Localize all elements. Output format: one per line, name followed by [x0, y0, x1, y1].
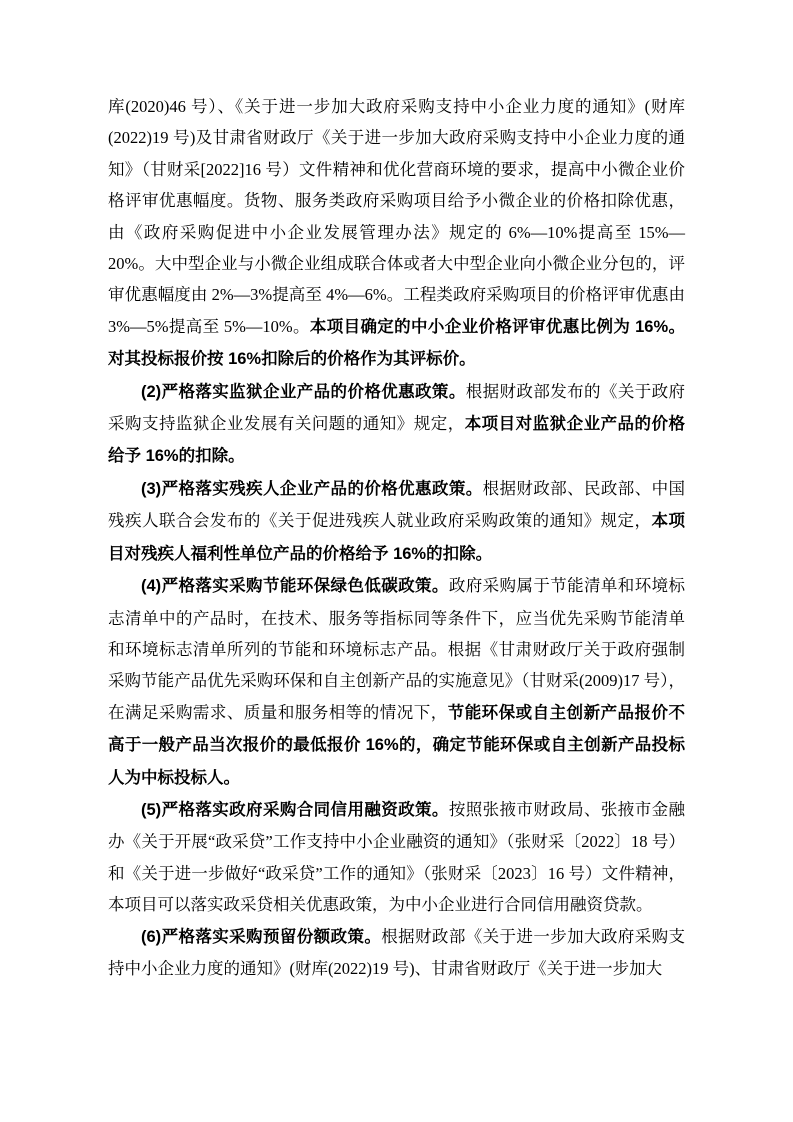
- text-run-bold: (3)严格落实残疾人企业产品的价格优惠政策。: [141, 480, 483, 498]
- text-run-bold: (5)严格落实政府采购合同信用融资政策。: [141, 801, 449, 819]
- para-5-contract-credit-financing-policy: (5)严格落实政府采购合同信用融资政策。按照张掖市财政局、张掖市金融办《关于开展…: [108, 794, 685, 921]
- para-3-disabled-enterprise-policy: (3)严格落实残疾人企业产品的价格优惠政策。根据财政部、民政部、中国残疾人联合会…: [108, 473, 685, 570]
- para-4-green-low-carbon-policy: (4)严格落实采购节能环保绿色低碳政策。政府采购属于节能清单和环境标志清单中的产…: [108, 570, 685, 794]
- para-6-reserved-share-policy: (6)严格落实采购预留份额政策。根据财政部《关于进一步加大政府采购支持中小企业力…: [108, 921, 685, 985]
- document-page: 库(2020)46 号）、《关于进一步加大政府采购支持中小企业力度的通知》(财库…: [0, 0, 793, 1122]
- para-1-smb-price-preference-continuation: 库(2020)46 号）、《关于进一步加大政府采购支持中小企业力度的通知》(财库…: [108, 91, 685, 376]
- text-run: 政府采购属于节能清单和环境标志清单中的产品时，在技术、服务等指标同等条件下，应当…: [108, 576, 685, 722]
- text-run-bold: (6)严格落实采购预留份额政策。: [141, 928, 381, 946]
- text-run-bold: (2)严格落实监狱企业产品的价格优惠政策。: [141, 383, 466, 401]
- para-2-prison-enterprise-policy: (2)严格落实监狱企业产品的价格优惠政策。根据财政部发布的《关于政府采购支持监狱…: [108, 376, 685, 473]
- text-run: 库(2020)46 号）、《关于进一步加大政府采购支持中小企业力度的通知》(财库…: [108, 97, 685, 336]
- document-body: 库(2020)46 号）、《关于进一步加大政府采购支持中小企业力度的通知》(财库…: [108, 91, 685, 984]
- text-run-bold: (4)严格落实采购节能环保绿色低碳政策。: [141, 577, 449, 595]
